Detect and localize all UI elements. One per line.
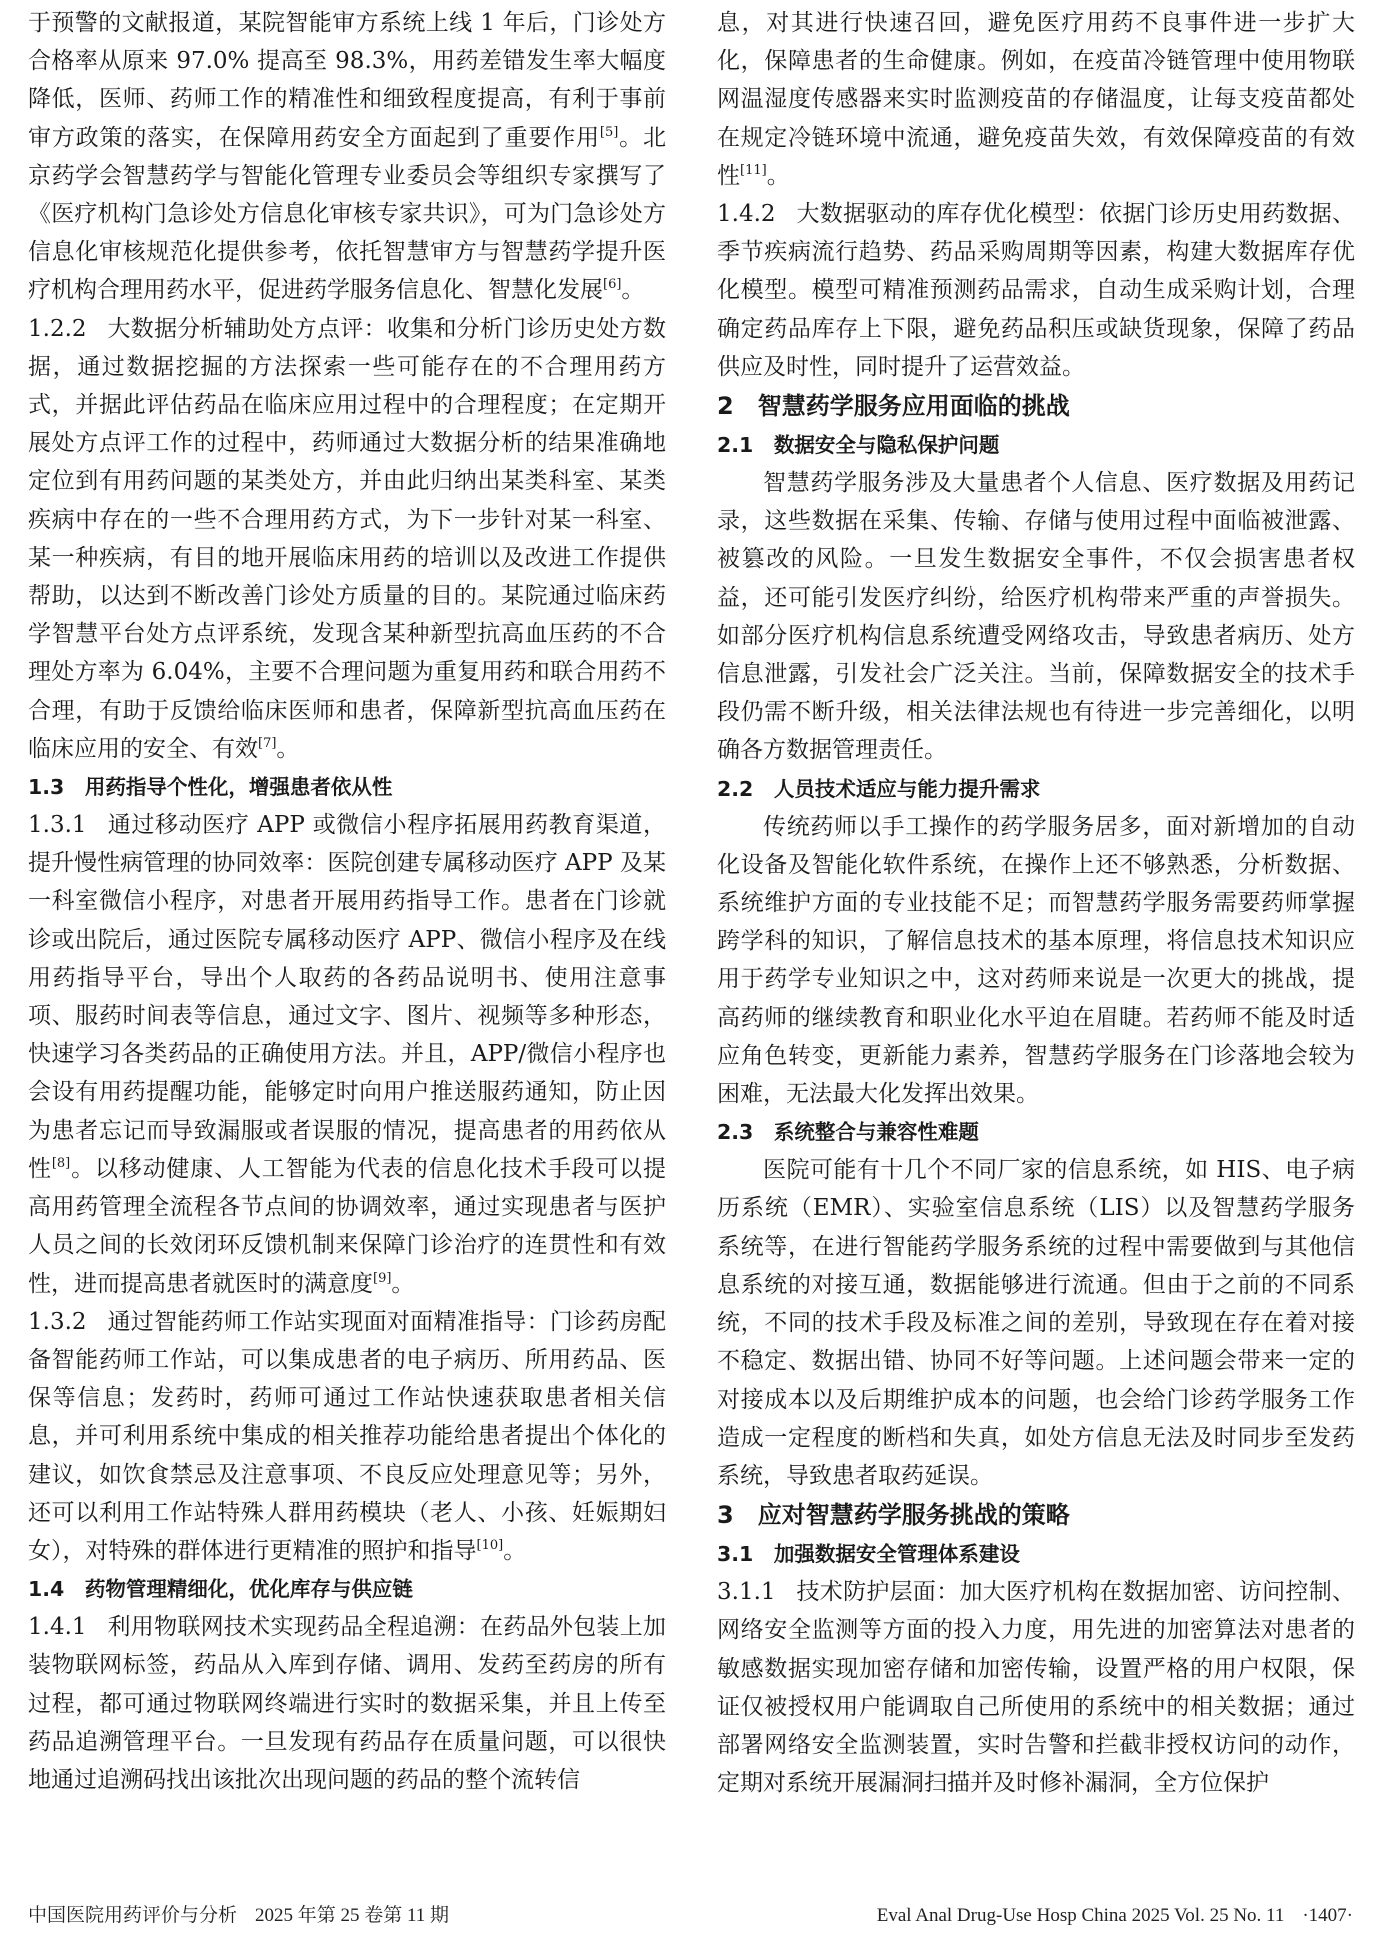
subsection-heading: 2.2人员技术适应与能力提升需求 <box>717 770 1355 808</box>
section-number: 2.2 <box>717 777 753 801</box>
numbered-paragraph: 1.4.1利用物联网技术实现药品全程追溯：在药品外包装上加装物联网标签，药品从入… <box>28 1608 666 1799</box>
footer-journal-info: 中国医院用药评价与分析2025 年第 25 卷第 11 期 <box>28 1904 449 1928</box>
section-number: 2.1 <box>717 433 753 457</box>
paragraph-text: 利用物联网技术实现药品全程追溯：在药品外包装上加装物联网标签，药品从入库到存储、… <box>28 1614 666 1793</box>
section-number: 1.3.2 <box>28 1309 87 1335</box>
section-number: 1.3 <box>28 775 64 799</box>
citation-ref: [11] <box>740 163 767 178</box>
paragraph-text: 。 <box>503 1538 526 1564</box>
paragraph-text: 。北京药学会智慧药学与智能化管理专业委员会等组织专家撰写了《医疗机构门急诊处方信… <box>28 125 666 304</box>
paragraph-text: 应对智慧药学服务挑战的策略 <box>758 1501 1070 1529</box>
paragraph-text: 。以移动健康、人工智能为代表的信息化技术手段可以提高用药管理全流程各节点间的协调… <box>28 1156 666 1297</box>
left-column: 于预警的文献报道，某院智能审方系统上线 1 年后，门诊处方合格率从原来 97.0… <box>28 4 666 1799</box>
paragraph-text: 通过智能药师工作站实现面对面精准指导：门诊药房配备智能药师工作站，可以集成患者的… <box>28 1309 666 1564</box>
subsection-heading: 3.1加强数据安全管理体系建设 <box>717 1535 1355 1573</box>
paragraph-text: 。 <box>767 163 790 189</box>
paragraph-text: 人员技术适应与能力提升需求 <box>774 777 1041 801</box>
paragraph-text: 。 <box>621 277 644 303</box>
citation-ref: [7] <box>258 736 276 751</box>
subsection-heading: 2.1数据安全与隐私保护问题 <box>717 426 1355 464</box>
right-column: 息，对其进行快速召回，避免医疗用药不良事件进一步扩大化，保障患者的生命健康。例如… <box>717 4 1355 1802</box>
body-paragraph: 医院可能有十几个不同厂家的信息系统，如 HIS、电子病历系统（EMR）、实验室信… <box>717 1151 1355 1495</box>
paragraph-text: 大数据分析辅助处方点评：收集和分析门诊历史处方数据，通过数据挖掘的方法探索一些可… <box>28 316 666 762</box>
section-number: 1.4.2 <box>717 201 776 227</box>
citation-ref: [6] <box>603 277 621 292</box>
paragraph-text: 用药指导个性化，增强患者依从性 <box>85 775 393 799</box>
section-number: 3.1.1 <box>717 1579 776 1605</box>
numbered-paragraph: 1.2.2大数据分析辅助处方点评：收集和分析门诊历史处方数据，通过数据挖掘的方法… <box>28 310 666 768</box>
subsection-heading: 2.3系统整合与兼容性难题 <box>717 1113 1355 1151</box>
paragraph-text: 。 <box>276 736 299 762</box>
section-number: 1.3.1 <box>28 812 87 838</box>
journal-name-en: Eval Anal Drug-Use Hosp China 2025 Vol. … <box>877 1905 1285 1926</box>
paragraph-text: 大数据驱动的库存优化模型：依据门诊历史用药数据、季节疾病流行趋势、药品采购周期等… <box>717 201 1355 380</box>
journal-name-cn: 中国医院用药评价与分析 <box>28 1905 237 1926</box>
paragraph-text: 智慧药学服务涉及大量患者个人信息、医疗数据及用药记录，这些数据在采集、传输、存储… <box>717 470 1355 763</box>
section-number: 1.4.1 <box>28 1614 87 1640</box>
paragraph-text: 智慧药学服务应用面临的挑战 <box>758 392 1070 420</box>
body-paragraph: 智慧药学服务涉及大量患者个人信息、医疗数据及用药记录，这些数据在采集、传输、存储… <box>717 464 1355 770</box>
page-number: ·1407· <box>1302 1905 1353 1926</box>
body-paragraph: 于预警的文献报道，某院智能审方系统上线 1 年后，门诊处方合格率从原来 97.0… <box>28 4 666 310</box>
subsection-heading: 1.4药物管理精细化，优化库存与供应链 <box>28 1570 666 1608</box>
numbered-paragraph: 3.1.1技术防护层面：加大医疗机构在数据加密、访问控制、网络安全监测等方面的投… <box>717 1573 1355 1802</box>
section-heading: 3应对智慧药学服务挑战的策略 <box>717 1495 1355 1535</box>
paragraph-text: 通过移动医疗 APP 或微信小程序拓展用药教育渠道，提升慢性病管理的协同效率：医… <box>28 812 666 1182</box>
paragraph-text: 加强数据安全管理体系建设 <box>774 1542 1020 1566</box>
section-number: 3.1 <box>717 1542 753 1566</box>
paragraph-text: 技术防护层面：加大医疗机构在数据加密、访问控制、网络安全监测等方面的投入力度，用… <box>717 1579 1355 1796</box>
paragraph-text: 息，对其进行快速召回，避免医疗用药不良事件进一步扩大化，保障患者的生命健康。例如… <box>717 10 1355 189</box>
citation-ref: [5] <box>600 125 618 140</box>
paragraph-text: 医院可能有十几个不同厂家的信息系统，如 HIS、电子病历系统（EMR）、实验室信… <box>717 1157 1355 1489</box>
citation-ref: [8] <box>52 1156 70 1171</box>
numbered-paragraph: 1.3.1通过移动医疗 APP 或微信小程序拓展用药教育渠道，提升慢性病管理的协… <box>28 806 666 1303</box>
paragraph-text: 。 <box>391 1271 414 1297</box>
section-number: 2.3 <box>717 1120 753 1144</box>
citation-ref: [10] <box>477 1538 504 1553</box>
numbered-paragraph: 1.3.2通过智能药师工作站实现面对面精准指导：门诊药房配备智能药师工作站，可以… <box>28 1303 666 1570</box>
paragraph-text: 数据安全与隐私保护问题 <box>774 433 1000 457</box>
section-number: 1.4 <box>28 1577 64 1601</box>
paragraph-text: 系统整合与兼容性难题 <box>774 1120 979 1144</box>
body-paragraph: 息，对其进行快速召回，避免医疗用药不良事件进一步扩大化，保障患者的生命健康。例如… <box>717 4 1355 195</box>
numbered-paragraph: 1.4.2大数据驱动的库存优化模型：依据门诊历史用药数据、季节疾病流行趋势、药品… <box>717 195 1355 386</box>
section-number: 3 <box>717 1501 734 1529</box>
paragraph-text: 于预警的文献报道，某院智能审方系统上线 1 年后，门诊处方合格率从原来 97.0… <box>28 10 666 151</box>
section-number: 2 <box>717 392 734 420</box>
section-number: 1.2.2 <box>28 316 87 342</box>
paragraph-text: 传统药师以手工操作的药学服务居多，面对新增加的自动化设备及智能化软件系统，在操作… <box>717 814 1355 1107</box>
section-heading: 2智慧药学服务应用面临的挑战 <box>717 386 1355 426</box>
body-paragraph: 传统药师以手工操作的药学服务居多，面对新增加的自动化设备及智能化软件系统，在操作… <box>717 808 1355 1114</box>
citation-ref: [9] <box>373 1271 391 1286</box>
paragraph-text: 药物管理精细化，优化库存与供应链 <box>85 1577 413 1601</box>
footer-journal-info-en: Eval Anal Drug-Use Hosp China 2025 Vol. … <box>877 1904 1353 1928</box>
subsection-heading: 1.3用药指导个性化，增强患者依从性 <box>28 768 666 806</box>
issue-info-cn: 2025 年第 25 卷第 11 期 <box>255 1905 449 1926</box>
